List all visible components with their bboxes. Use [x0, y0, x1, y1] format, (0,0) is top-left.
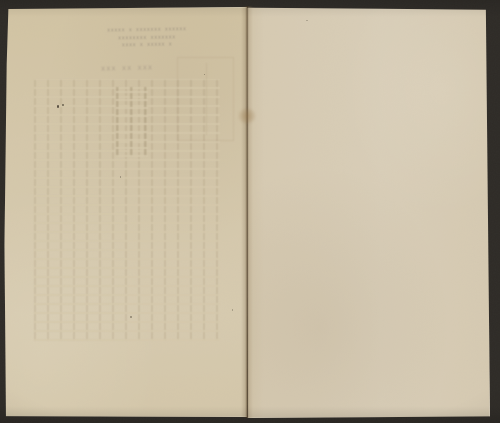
ink-speck: [57, 105, 59, 108]
center-fold-gutter: [241, 6, 253, 418]
ink-speck: [62, 104, 64, 106]
ink-speck: [120, 176, 121, 178]
date-stamp: xxx xx xxx: [101, 63, 157, 72]
ink-speck: [130, 316, 132, 318]
ink-speck: [204, 74, 205, 75]
bleed-through-title-columns: [116, 87, 148, 157]
ink-speck: [232, 309, 233, 311]
right-page: [247, 6, 490, 418]
gutter-stain: [235, 105, 259, 127]
bleed-through-box: [177, 57, 234, 141]
ink-speck: [306, 20, 308, 21]
scanned-book-spread: xxxxx x xxxxxxx xxxxxx xxxxxxxx xxxxxxx …: [0, 0, 500, 423]
library-stamp: xxxxx x xxxxxxx xxxxxx xxxxxxxx xxxxxxx …: [100, 26, 194, 50]
